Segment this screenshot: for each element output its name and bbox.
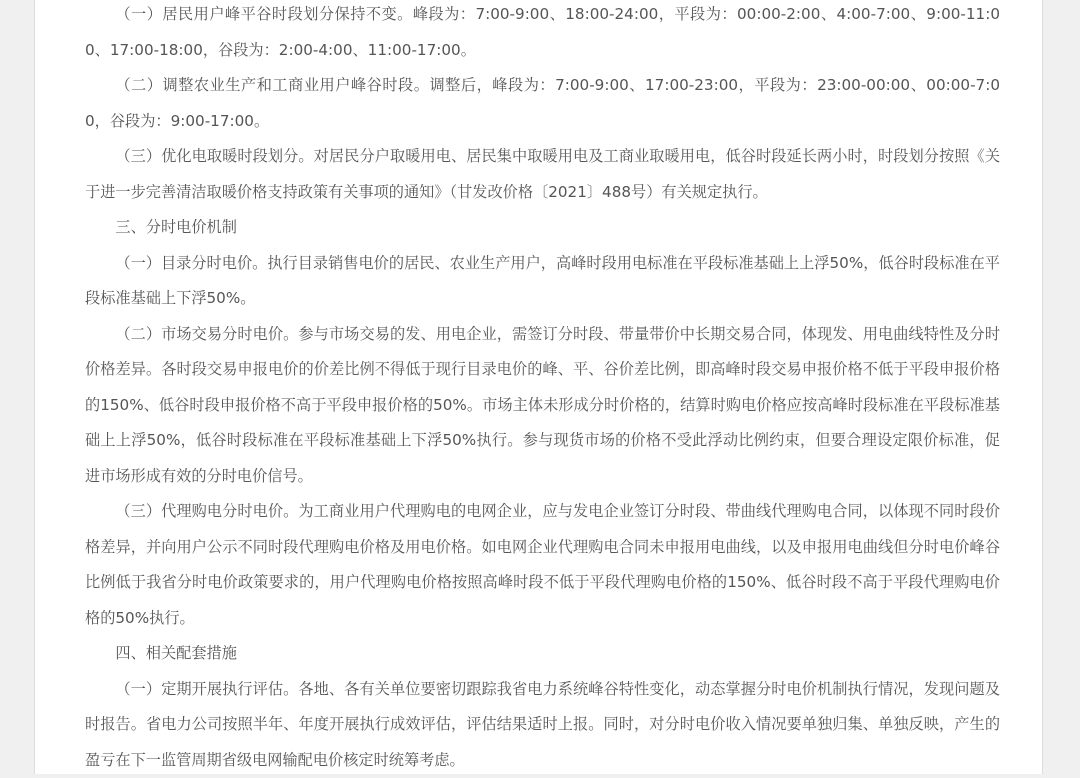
paragraph-market-tou-price: （二）市场交易分时电价。参与市场交易的发、用电企业，需签订分时段、带量带价中长期…: [85, 317, 1000, 495]
section-heading-3: 三、分时电价机制: [85, 210, 1000, 246]
document-page: （一）居民用户峰平谷时段划分保持不变。峰段为：7:00-9:00、18:00-2…: [34, 0, 1043, 774]
document-body: （一）居民用户峰平谷时段划分保持不变。峰段为：7:00-9:00、18:00-2…: [85, 0, 1000, 774]
paragraph-agency-tou-price: （三）代理购电分时电价。为工商业用户代理购电的电网企业，应与发电企业签订分时段、…: [85, 494, 1000, 636]
paragraph-evaluation: （一）定期开展执行评估。各地、各有关单位要密切跟踪我省电力系统峰谷特性变化，动态…: [85, 672, 1000, 775]
paragraph-catalog-tou-price: （一）目录分时电价。执行目录销售电价的居民、农业生产用户，高峰时段用电标准在平段…: [85, 246, 1000, 317]
paragraph-heating-periods: （三）优化电取暖时段划分。对居民分户取暖用电、居民集中取暖用电及工商业取暖用电，…: [85, 139, 1000, 210]
section-heading-4: 四、相关配套措施: [85, 636, 1000, 672]
paragraph-agri-industrial-periods: （二）调整农业生产和工商业用户峰谷时段。调整后，峰段为：7:00-9:00、17…: [85, 68, 1000, 139]
paragraph-residential-periods: （一）居民用户峰平谷时段划分保持不变。峰段为：7:00-9:00、18:00-2…: [85, 0, 1000, 68]
